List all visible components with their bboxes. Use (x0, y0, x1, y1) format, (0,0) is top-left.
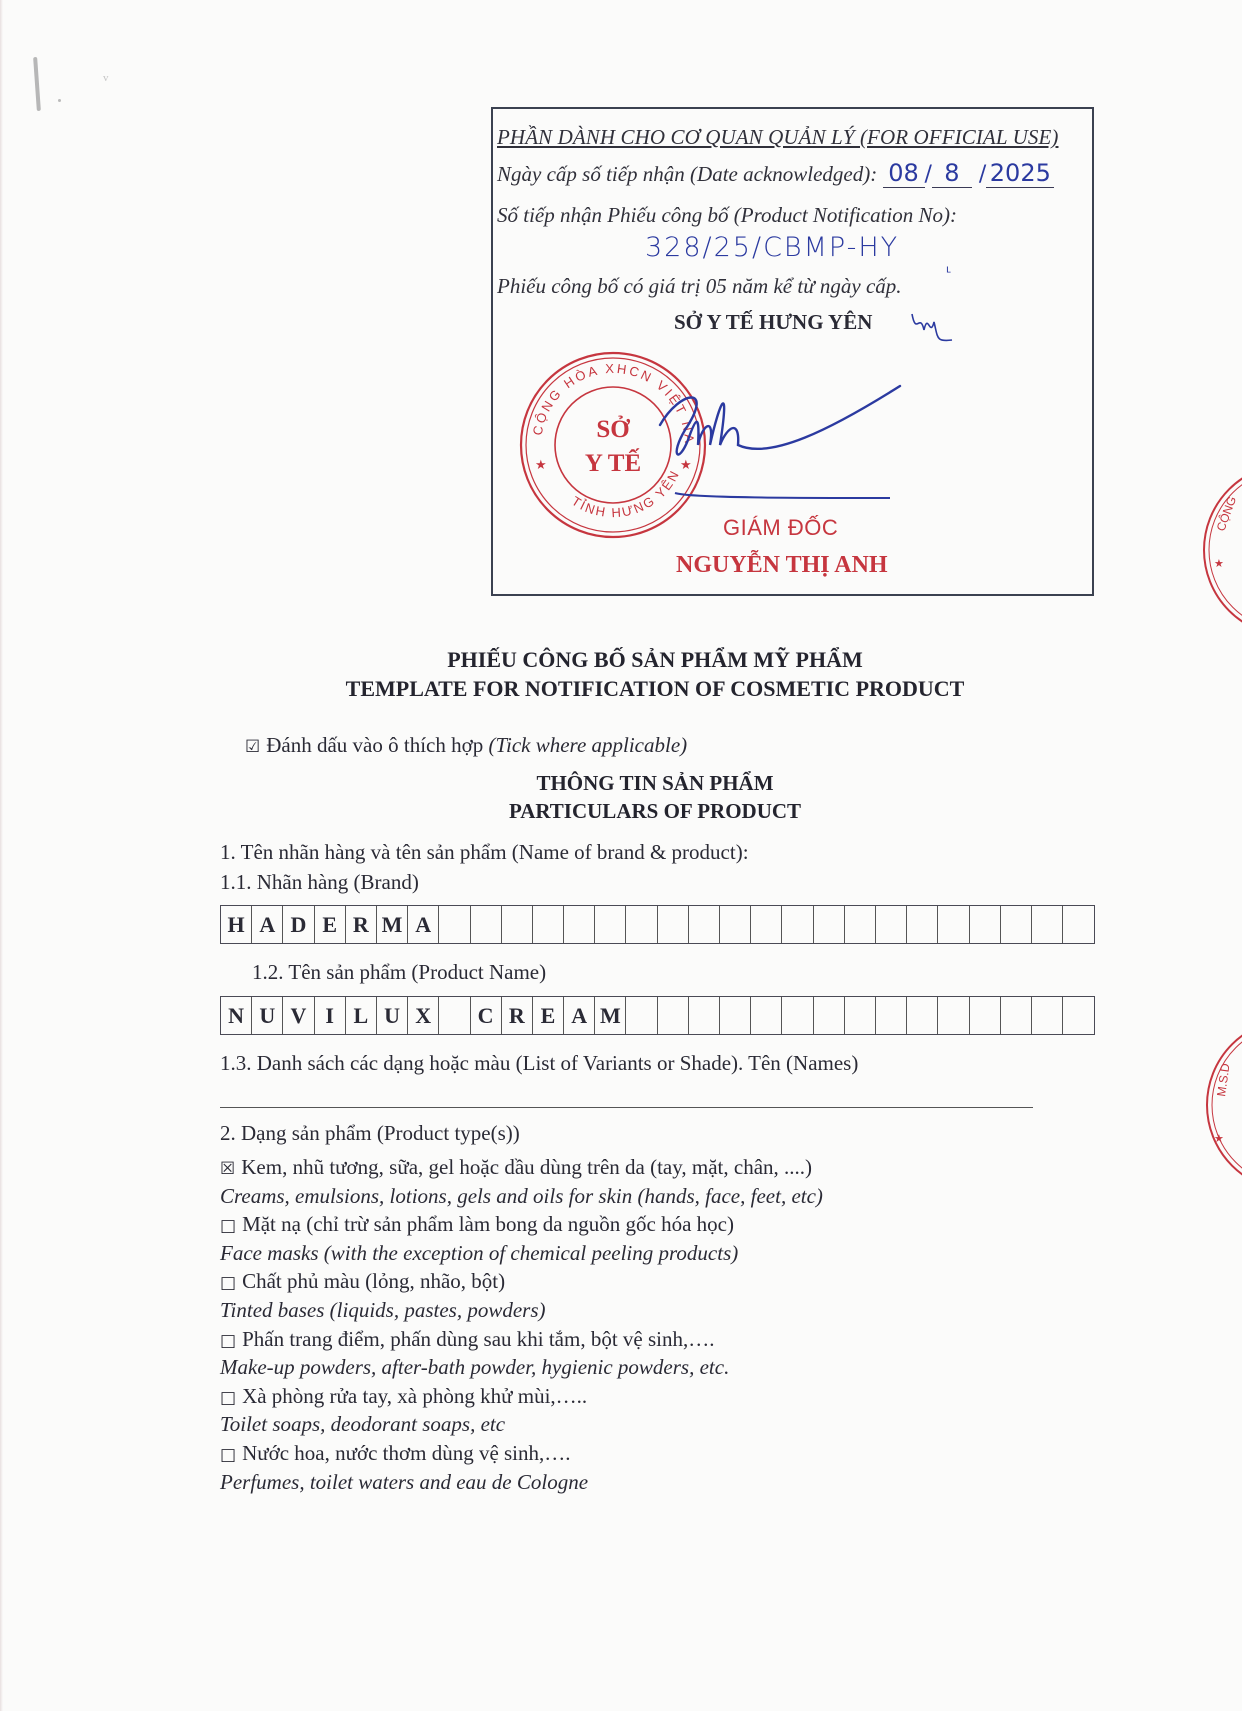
product-name-cell[interactable] (626, 997, 657, 1034)
product-name-cell[interactable]: X (408, 997, 439, 1034)
svg-text:M.S.D: M.S.D (1214, 1062, 1233, 1097)
product-name-cell[interactable]: E (533, 997, 564, 1034)
section2-label: 2. Dạng sản phẩm (Product type(s)) (220, 1121, 520, 1146)
department-name: SỞ Y TẾ HƯNG YÊN (674, 310, 872, 335)
section1-label: 1. Tên nhãn hàng và tên sản phẩm (Name o… (220, 840, 749, 865)
product-type-option[interactable]: □Mặt nạ (chỉ trừ sản phẩm làm bong da ng… (220, 1212, 734, 1237)
product-type-option[interactable]: □Xà phòng rửa tay, xà phòng khử mùi,….. (220, 1384, 587, 1409)
brand-cell[interactable] (814, 906, 845, 943)
brand-cell[interactable] (938, 906, 969, 943)
scan-speck (58, 99, 61, 102)
brand-cell[interactable] (1063, 906, 1094, 943)
svg-text:★: ★ (1214, 557, 1224, 570)
product-name-label: 1.2. Tên sản phẩm (Product Name) (252, 960, 546, 985)
date-acknowledged-row: Ngày cấp số tiếp nhận (Date acknowledged… (497, 159, 1054, 188)
section-heading-vi: THÔNG TIN SẢN PHẨM (0, 771, 1242, 796)
brand-cell[interactable] (658, 906, 689, 943)
brand-cell[interactable]: R (346, 906, 377, 943)
product-type-vi: Nước hoa, nước thơm dùng vệ sinh,…. (242, 1441, 570, 1465)
initial-signature-icon (908, 308, 954, 344)
product-name-cell[interactable] (439, 997, 470, 1034)
product-name-cell[interactable] (751, 997, 782, 1034)
checked-box-icon[interactable]: ☒ (220, 1159, 235, 1179)
page-edge (0, 0, 3, 1711)
scan-mark: v (103, 72, 109, 84)
product-name-cell[interactable]: V (283, 997, 314, 1034)
brand-cell[interactable]: D (283, 906, 314, 943)
product-name-cell[interactable]: C (471, 997, 502, 1034)
checked-box-icon: ☑ (245, 737, 260, 757)
product-name-char-grid[interactable]: NUVILUXCREAM (220, 996, 1095, 1035)
brand-cell[interactable] (876, 906, 907, 943)
product-name-cell[interactable]: I (315, 997, 346, 1034)
product-type-option[interactable]: □Chất phủ màu (lỏng, nhão, bột) (220, 1269, 505, 1294)
brand-cell[interactable] (626, 906, 657, 943)
brand-cell[interactable] (751, 906, 782, 943)
product-type-en: Face masks (with the exception of chemic… (220, 1241, 738, 1266)
product-name-cell[interactable] (689, 997, 720, 1034)
empty-checkbox-icon[interactable]: □ (220, 1331, 236, 1351)
brand-cell[interactable] (564, 906, 595, 943)
product-type-vi: Phấn trang điểm, phấn dùng sau khi tắm, … (242, 1327, 714, 1351)
product-name-cell[interactable] (658, 997, 689, 1034)
date-acknowledged-label: Ngày cấp số tiếp nhận (Date acknowledged… (497, 162, 877, 186)
section-heading-en: PARTICULARS OF PRODUCT (0, 799, 1242, 824)
empty-checkbox-icon[interactable]: □ (220, 1388, 236, 1408)
svg-text:★: ★ (1214, 1132, 1224, 1145)
brand-cell[interactable] (502, 906, 533, 943)
brand-cell[interactable] (782, 906, 813, 943)
brand-label: 1.1. Nhãn hàng (Brand) (220, 870, 419, 895)
product-type-en: Toilet soaps, deodorant soaps, etc (220, 1412, 505, 1437)
product-name-cell[interactable] (720, 997, 751, 1034)
form-title-en: TEMPLATE FOR NOTIFICATION OF COSMETIC PR… (0, 676, 1242, 702)
tick-note: ☑Đánh dấu vào ô thích hợp (Tick where ap… (245, 733, 687, 758)
tick-note-en: (Tick where applicable) (488, 733, 687, 757)
product-name-cell[interactable] (876, 997, 907, 1034)
product-name-cell[interactable]: L (346, 997, 377, 1034)
initial-mark: ᒻ (946, 265, 951, 281)
product-type-en: Make-up powders, after-bath powder, hygi… (220, 1355, 729, 1380)
product-type-option[interactable]: □Nước hoa, nước thơm dùng vệ sinh,…. (220, 1441, 571, 1466)
empty-checkbox-icon[interactable]: □ (220, 1445, 236, 1465)
product-type-en: Perfumes, toilet waters and eau de Colog… (220, 1470, 588, 1495)
handwritten-page-mark (33, 57, 41, 111)
tick-note-vi: Đánh dấu vào ô thích hợp (266, 733, 483, 757)
product-name-cell[interactable] (845, 997, 876, 1034)
product-name-cell[interactable] (1001, 997, 1032, 1034)
product-type-option[interactable]: ☒Kem, nhũ tương, sữa, gel hoặc dầu dùng … (220, 1155, 812, 1180)
brand-char-grid[interactable]: HADERMA (220, 905, 1095, 944)
brand-cell[interactable]: A (408, 906, 439, 943)
product-name-cell[interactable] (814, 997, 845, 1034)
form-title-vi: PHIẾU CÔNG BỐ SẢN PHẨM MỸ PHẨM (0, 647, 1242, 673)
brand-cell[interactable] (1032, 906, 1063, 943)
brand-cell[interactable] (720, 906, 751, 943)
variants-fill-line[interactable] (220, 1107, 1033, 1108)
svg-text:CỘNG: CỘNG (1213, 494, 1239, 533)
product-type-vi: Kem, nhũ tương, sữa, gel hoặc dầu dùng t… (241, 1155, 812, 1179)
brand-cell[interactable] (689, 906, 720, 943)
margin-seal-lower-icon: M.S.D ★ (1203, 1015, 1242, 1195)
brand-cell[interactable] (533, 906, 564, 943)
svg-text:★: ★ (535, 458, 547, 473)
brand-cell[interactable]: M (377, 906, 408, 943)
product-name-cell[interactable] (938, 997, 969, 1034)
notification-label: Số tiếp nhận Phiếu công bố (Product Noti… (497, 203, 957, 228)
product-name-cell[interactable]: U (252, 997, 283, 1034)
brand-cell[interactable] (970, 906, 1001, 943)
brand-cell[interactable] (439, 906, 470, 943)
director-name: NGUYỄN THỊ ANH (676, 552, 888, 579)
product-name-cell[interactable] (970, 997, 1001, 1034)
product-type-en: Tinted bases (liquids, pastes, powders) (220, 1298, 546, 1323)
product-name-cell[interactable]: A (564, 997, 595, 1034)
product-name-cell[interactable] (1063, 997, 1094, 1034)
director-title: GIÁM ĐỐC (723, 515, 838, 541)
product-name-cell[interactable] (1032, 997, 1063, 1034)
brand-cell[interactable] (845, 906, 876, 943)
product-type-en: Creams, emulsions, lotions, gels and oil… (220, 1184, 823, 1209)
brand-cell[interactable] (471, 906, 502, 943)
brand-cell[interactable]: H (221, 906, 252, 943)
product-type-option[interactable]: □Phấn trang điểm, phấn dùng sau khi tắm,… (220, 1327, 715, 1352)
product-name-cell[interactable]: M (595, 997, 626, 1034)
brand-cell[interactable] (1001, 906, 1032, 943)
validity-note: Phiếu công bố có giá trị 05 năm kể từ ng… (497, 274, 902, 299)
signature-icon (600, 370, 1020, 505)
product-name-cell[interactable] (907, 997, 938, 1034)
product-name-cell[interactable] (782, 997, 813, 1034)
date-day: 08 (883, 159, 925, 188)
margin-seal-upper-icon: CỘNG ★ (1200, 460, 1242, 640)
product-type-vi: Chất phủ màu (lỏng, nhão, bột) (242, 1269, 505, 1293)
brand-cell[interactable]: E (315, 906, 346, 943)
brand-cell[interactable] (907, 906, 938, 943)
product-type-vi: Xà phòng rửa tay, xà phòng khử mùi,….. (242, 1384, 587, 1408)
empty-checkbox-icon[interactable]: □ (220, 1216, 236, 1236)
date-year: 2025 (986, 159, 1054, 188)
official-use-heading: PHẦN DÀNH CHO CƠ QUAN QUẢN LÝ (FOR OFFIC… (497, 125, 1058, 150)
product-name-cell[interactable]: U (377, 997, 408, 1034)
notification-number: 328/25/CBMP-HY (645, 232, 899, 263)
variants-label: 1.3. Danh sách các dạng hoặc màu (List o… (220, 1051, 858, 1076)
empty-checkbox-icon[interactable]: □ (220, 1273, 236, 1293)
product-name-cell[interactable]: R (502, 997, 533, 1034)
product-type-vi: Mặt nạ (chỉ trừ sản phẩm làm bong da ngu… (242, 1212, 734, 1236)
brand-cell[interactable] (595, 906, 626, 943)
date-month: 8 (932, 159, 972, 188)
brand-cell[interactable]: A (252, 906, 283, 943)
product-name-cell[interactable]: N (221, 997, 252, 1034)
